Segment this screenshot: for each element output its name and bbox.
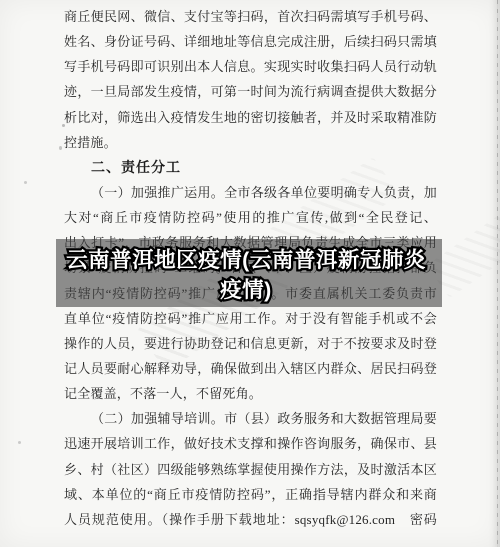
text-line: 商丘便民网、微信、支付宝等扫码，首次扫码需填写手机号码、 [64, 4, 437, 29]
text-line: （二）加强辅导培训。市（县）政务服务和大数据管理局要 [64, 406, 437, 431]
caption-title-line1-text: 云南普洱地区疫情(云南普洱新冠肺炎 [50, 245, 442, 275]
text-line: 直单位“疫情防控码”推广应用工作。对于没有智能手机或不会 [64, 306, 437, 331]
text-line: 域、本单位的“商丘市疫情防控码”，正确指导辖内群众和来商 [64, 482, 437, 507]
scan-edge-artifact [488, 0, 500, 547]
scan-speck [24, 181, 27, 184]
scan-speck [18, 441, 21, 444]
text-line: 迅速开展培训工作，做好技术支撑和操作咨询服务，确保市、县 [64, 431, 437, 456]
text-line: 乡、村（社区）四级能够熟练掌握使用操作方法，及时激活本区 [64, 457, 437, 482]
text-line: 大对“商丘市疫情防控码”使用的推广宣传,做到“全民登记、 [64, 205, 437, 230]
caption-title-line2: 疫情) 疫情) [50, 275, 442, 305]
text-line: 析比对，筛选出入疫情发生地的密切接触者，并及时采取精准防 [64, 105, 437, 130]
text-line: 记人员要耐心解释劝导，确保做到出入辖区内群众、居民扫码登 [64, 356, 437, 381]
caption-title-line1: 云南普洱地区疫情(云南普洱新冠肺炎 云南普洱地区疫情(云南普洱新冠肺炎 [50, 245, 442, 275]
text-line: 记全覆盖，不落一人，不留死角。 [64, 381, 437, 406]
text-line: 写手机号码即可识别出本人信息。实现实时收集扫码人员行动轨 [64, 54, 437, 79]
text-line: 控措施。 [64, 130, 437, 155]
caption-title: 云南普洱地区疫情(云南普洱新冠肺炎 云南普洱地区疫情(云南普洱新冠肺炎 疫情) … [50, 245, 442, 305]
text-line: 二、责任分工 [64, 155, 437, 180]
caption-title-line2-text: 疫情) [50, 275, 442, 305]
text-line: 迹，一旦局部发生疫情，可第一时间为流行病调查提供大数据分 [64, 79, 437, 104]
text-line: 姓名、身份证号码、详细地址等信息完成注册，后续扫码只需填 [64, 29, 437, 54]
scan-speck [62, 124, 65, 127]
scanned-document-image: 商丘便民网、微信、支付宝等扫码，首次扫码需填写手机号码、姓名、身份证号码、详细地… [0, 0, 500, 547]
text-line: 人员规范使用。（操作手册下载地址：sqsyqfk@126.com 密码 [64, 507, 437, 532]
text-line: （一）加强推广运用。全市各级各单位要明确专人负责，加 [64, 180, 437, 205]
scan-speck [59, 146, 62, 150]
text-line: 操作的人员，要进行协助登记和信息更新，对于不按要求及时登 [64, 331, 437, 356]
